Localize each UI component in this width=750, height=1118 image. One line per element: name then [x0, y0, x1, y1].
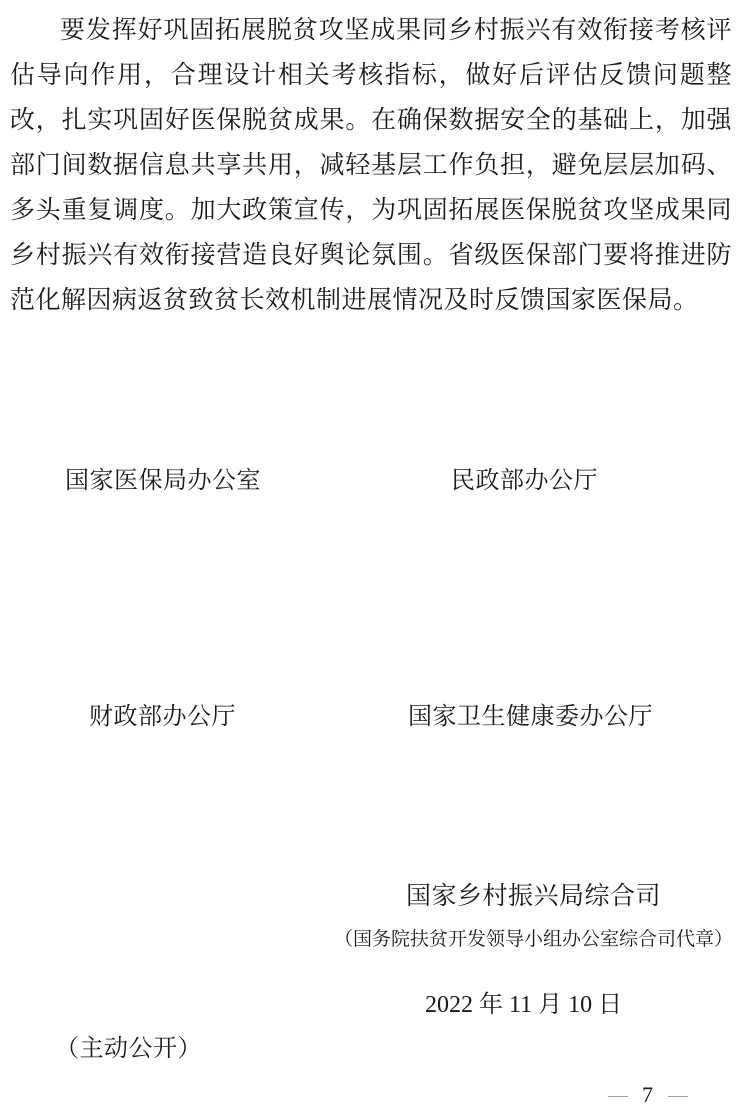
body-line: 范化解因病返贫致贫长效机制进展情况及时反馈国家医保局。	[10, 278, 732, 323]
seal-substitute-note: （国务院扶贫开发领导小组办公室综合司代章）	[334, 924, 733, 951]
signature-office-health: 国家卫生健康委办公厅	[408, 696, 653, 731]
signature-office-nhsa: 国家医保局办公室	[65, 460, 261, 495]
body-line: 改，扎实巩固好医保脱贫成果。在确保数据安全的基础上，加强	[10, 98, 732, 143]
signature-office-finance: 财政部办公厅	[89, 696, 236, 731]
body-line: 多头重复调度。加大政策宣传，为巩固拓展医保脱贫攻坚成果同	[10, 188, 732, 233]
body-line: 乡村振兴有效衔接营造良好舆论氛围。省级医保部门要将推进防	[10, 233, 732, 278]
body-line: 估导向作用，合理设计相关考核指标，做好后评估反馈问题整	[10, 53, 732, 98]
body-paragraph: 要发挥好巩固拓展脱贫攻坚成果同乡村振兴有效衔接考核评 估导向作用，合理设计相关考…	[10, 8, 732, 323]
signature-office-civil-affairs: 民政部办公厅	[451, 460, 598, 495]
issue-date: 2022 年 11 月 10 日	[425, 984, 622, 1019]
issuer-name: 国家乡村振兴局综合司	[406, 876, 661, 912]
document-page: 要发挥好巩固拓展脱贫攻坚成果同乡村振兴有效衔接考核评 估导向作用，合理设计相关考…	[0, 0, 750, 1118]
body-line: 部门间数据信息共享共用，减轻基层工作负担，避免层层加码、	[10, 143, 732, 188]
page-number: — 7 —	[608, 1082, 687, 1108]
disclosure-note: （主动公开）	[55, 1028, 202, 1063]
page-number-value: 7	[642, 1082, 653, 1108]
page-number-dash-right: —	[668, 1084, 687, 1107]
body-line: 要发挥好巩固拓展脱贫攻坚成果同乡村振兴有效衔接考核评	[10, 8, 732, 53]
page-number-dash-left: —	[608, 1084, 627, 1107]
